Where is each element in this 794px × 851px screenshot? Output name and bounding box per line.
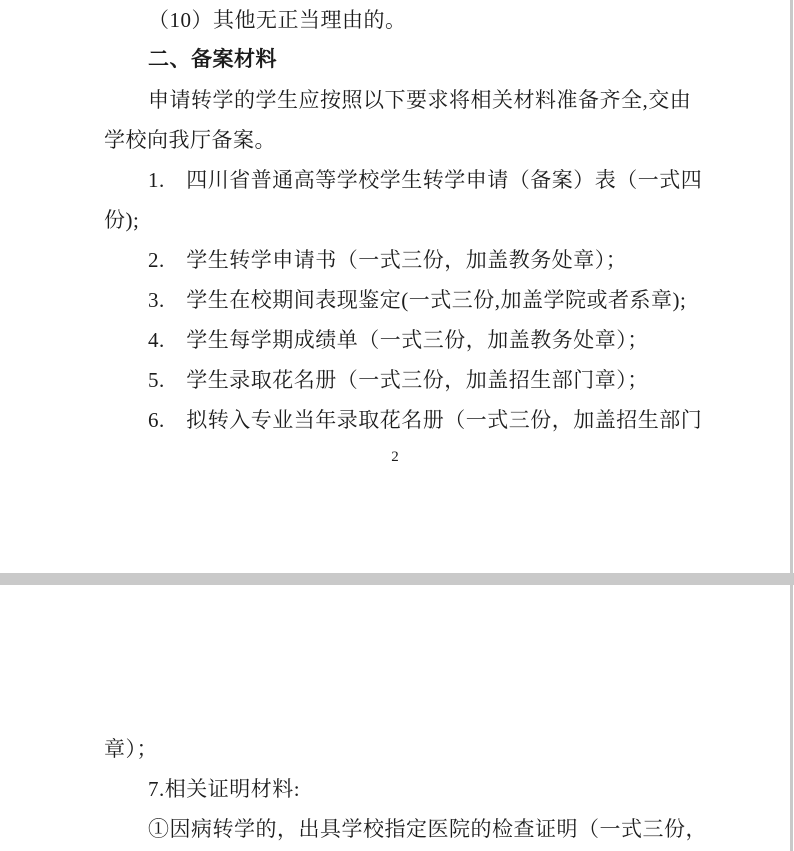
document-line: 6. 拟转入专业当年录取花名册（一式三份，加盖招生部门 bbox=[0, 400, 790, 440]
document-line: 1. 四川省普通高等学校学生转学申请（备案）表（一式四 bbox=[0, 160, 790, 200]
document-line: （10）其他无正当理由的。 bbox=[0, 0, 790, 40]
document-line: 7.相关证明材料: bbox=[0, 769, 790, 809]
document-line: 章）； bbox=[0, 729, 790, 769]
document-line: 3. 学生在校期间表现鉴定(一式三份,加盖学院或者系章); bbox=[0, 280, 790, 320]
document-page-2: （10）其他无正当理由的。 二、备案材料 申请转学的学生应按照以下要求将相关材料… bbox=[0, 0, 790, 573]
document-line: 2. 学生转学申请书（一式三份，加盖教务处章）； bbox=[0, 240, 790, 280]
page-number: 2 bbox=[0, 446, 790, 468]
document-line: 份); bbox=[0, 200, 790, 240]
page-2-content: （10）其他无正当理由的。 二、备案材料 申请转学的学生应按照以下要求将相关材料… bbox=[0, 0, 790, 440]
page-gap-separator bbox=[0, 573, 794, 585]
document-line: 4. 学生每学期成绩单（一式三份，加盖教务处章）； bbox=[0, 320, 790, 360]
page-3-content: 章）； 7.相关证明材料: ①因病转学的，出具学校指定医院的检查证明（一式三份， bbox=[0, 729, 790, 849]
document-line: 学校向我厅备案。 bbox=[0, 120, 790, 160]
document-line: 5. 学生录取花名册（一式三份，加盖招生部门章）； bbox=[0, 360, 790, 400]
section-heading: 二、备案材料 bbox=[0, 40, 790, 80]
document-line: ①因病转学的，出具学校指定医院的检查证明（一式三份， bbox=[0, 809, 790, 849]
page-right-edge bbox=[790, 0, 793, 851]
document-line: 申请转学的学生应按照以下要求将相关材料准备齐全,交由 bbox=[0, 80, 790, 120]
document-page-3: 章）； 7.相关证明材料: ①因病转学的，出具学校指定医院的检查证明（一式三份， bbox=[0, 585, 790, 851]
document-scroll-area[interactable]: （10）其他无正当理由的。 二、备案材料 申请转学的学生应按照以下要求将相关材料… bbox=[0, 0, 794, 851]
